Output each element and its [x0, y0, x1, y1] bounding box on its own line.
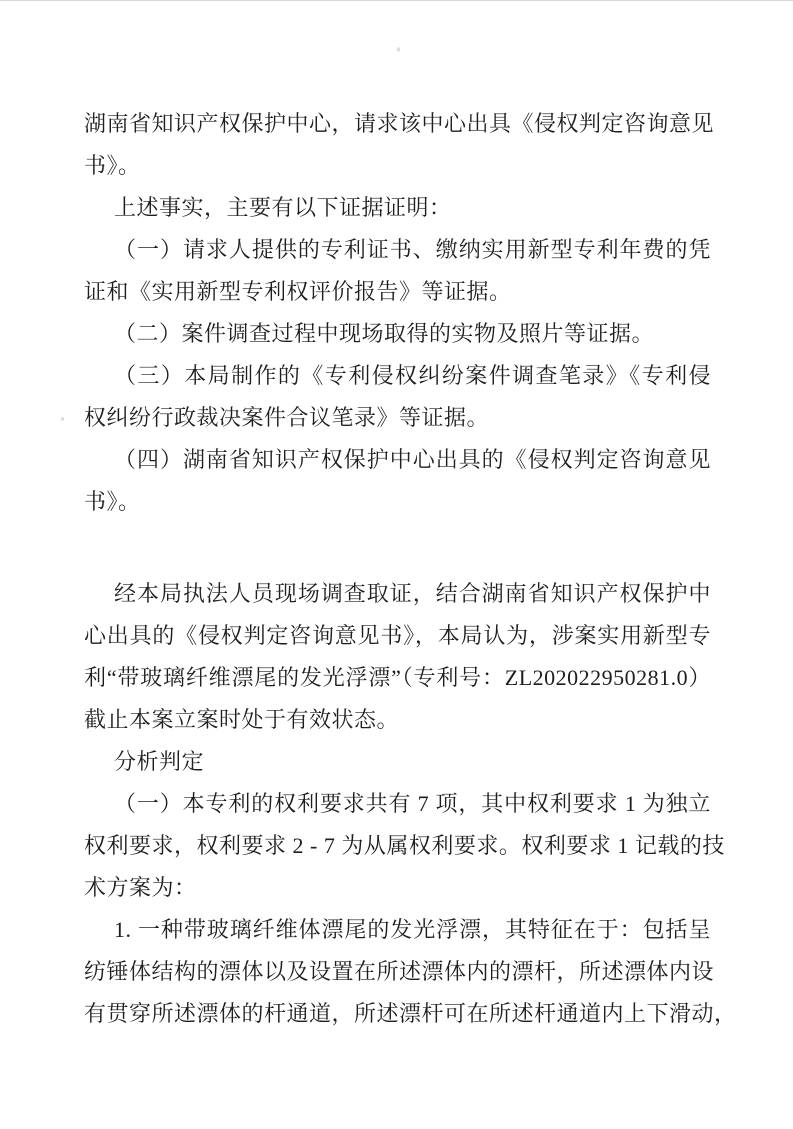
text-line: 书》。: [84, 145, 711, 187]
text-line: （一）本专利的权利要求共有 7 项，其中权利要求 1 为独立: [84, 783, 711, 825]
text-line: 截止本案立案时处于有效状态。: [84, 699, 711, 741]
text-line: 1. 一种带玻璃纤维体漂尾的发光浮漂，其特征在于：包括呈: [84, 909, 711, 951]
document-body-text: 湖南省知识产权保护中心，请求该中心出具《侵权判定咨询意见书》。上述事实，主要有以…: [84, 103, 711, 1035]
text-line: 权利要求，权利要求 2 - 7 为从属权利要求。权利要求 1 记载的技: [84, 825, 711, 867]
text-line: 心出具的《侵权判定咨询意见书》，本局认为，涉案实用新型专: [84, 615, 711, 657]
scan-artifact-speck: [397, 47, 400, 52]
text-line: 有贯穿所述漂体的杆通道，所述漂杆可在所述杆通道内上下滑动，: [84, 993, 711, 1035]
text-line: 书》。: [84, 481, 711, 523]
text-line: （三）本局制作的《专利侵权纠纷案件调查笔录》《专利侵: [84, 355, 711, 397]
text-line: 经本局执法人员现场调查取证，结合湖南省知识产权保护中: [84, 573, 711, 615]
text-line: 上述事实，主要有以下证据证明：: [84, 187, 711, 229]
text-line: 证和《实用新型专利权评价报告》等证据。: [84, 271, 711, 313]
blank-line: [84, 523, 711, 573]
scan-artifact-speck: [61, 417, 64, 421]
text-line: 利“带玻璃纤维漂尾的发光浮漂”（专利号：ZL202022950281.0）: [84, 657, 711, 699]
document-page: 湖南省知识产权保护中心，请求该中心出具《侵权判定咨询意见书》。上述事实，主要有以…: [0, 0, 793, 1129]
text-line: 权纠纷行政裁决案件合议笔录》等证据。: [84, 397, 711, 439]
text-line: （二）案件调查过程中现场取得的实物及照片等证据。: [84, 313, 711, 355]
text-line: 术方案为：: [84, 867, 711, 909]
text-line: 分析判定: [84, 741, 711, 783]
text-line: 纺锤体结构的漂体以及设置在所述漂体内的漂杆，所述漂体内设: [84, 951, 711, 993]
text-line: （一）请求人提供的专利证书、缴纳实用新型专利年费的凭: [84, 229, 711, 271]
text-line: （四）湖南省知识产权保护中心出具的《侵权判定咨询意见: [84, 439, 711, 481]
text-line: 湖南省知识产权保护中心，请求该中心出具《侵权判定咨询意见: [84, 103, 711, 145]
